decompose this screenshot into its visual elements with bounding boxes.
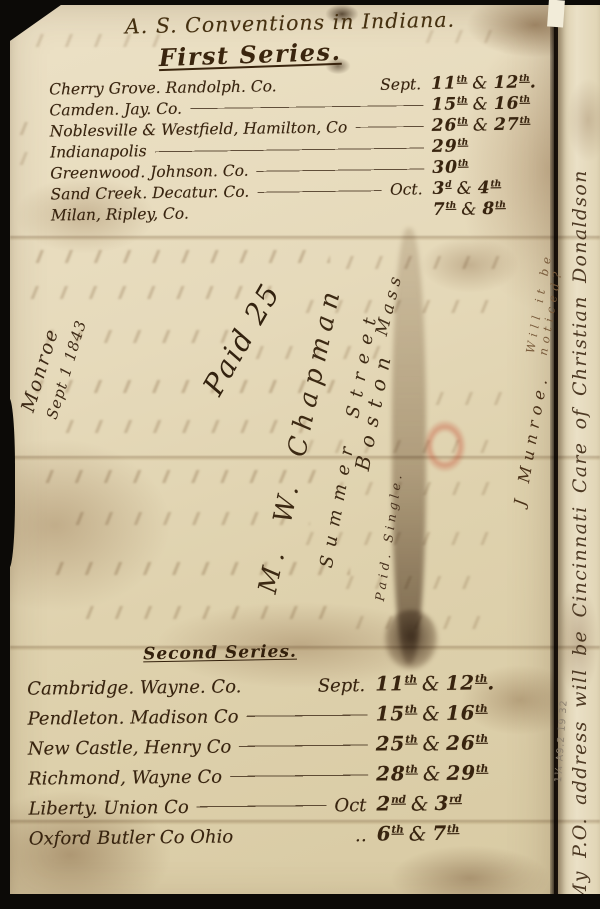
date-ordinal-suffix: th (447, 824, 459, 836)
photo-backdrop-edge (0, 894, 600, 909)
first-series-section: Cherry Grove. Randolph. Co. Sept. 11th&1… (49, 71, 551, 228)
date-day: 12 (445, 671, 475, 695)
place-name: Sand Creek. Decatur. Co. (51, 184, 250, 204)
place-name: Liberty. Union Co (28, 795, 188, 822)
date-day: 2 (376, 792, 391, 816)
date-ordinal-suffix: th (458, 138, 469, 148)
dash-line (256, 159, 424, 177)
date-day: 26 (446, 731, 476, 755)
date-ordinal-suffix: th (519, 95, 530, 105)
date-day: 25 (376, 731, 406, 755)
edge-note: My P.O. address will be Cincinnati Care … (569, 169, 591, 903)
ampersand: & (461, 200, 477, 220)
date-ordinal-suffix: th (495, 201, 506, 211)
date-day: 6 (377, 822, 392, 846)
ampersand: & (422, 672, 441, 695)
ampersand: & (423, 762, 442, 785)
place-name: New Castle, Henry Co (28, 734, 232, 762)
date-ordinal-suffix: th (491, 180, 502, 190)
date-day: 8 (482, 199, 495, 219)
date-day: 16 (446, 701, 476, 725)
ampersand: & (473, 115, 489, 135)
date-ordinal-suffix: th (476, 763, 488, 775)
ampersand: & (473, 94, 489, 114)
ampersand: & (409, 822, 428, 845)
date-ordinal-suffix: th (405, 704, 417, 716)
place-name: Indianapolis (50, 143, 147, 162)
date-ordinal-suffix: th (446, 201, 457, 211)
place-name: Cambridge. Wayne. Co. (27, 674, 241, 702)
date-ordinal-suffix: rd (449, 793, 462, 805)
date-range: 2nd&3rd (376, 787, 526, 818)
dash-line (355, 117, 424, 133)
photo-backdrop-edge (0, 0, 600, 5)
first-series-schedule: Cherry Grove. Randolph. Co. Sept. 11th&1… (49, 71, 551, 226)
place-name: Greenwood. Johnson. Co. (50, 163, 249, 183)
second-series-schedule: Cambridge. Wayne. Co. Sept. 11th&12th. P… (27, 666, 527, 852)
date-day: 11 (375, 671, 405, 695)
date-day: 12 (493, 73, 519, 93)
date-range: 29th (432, 134, 550, 157)
date-ordinal-suffix: d (445, 180, 451, 190)
ampersand: & (411, 792, 430, 815)
place-name: Milan, Ripley, Co. (51, 206, 189, 225)
date-ordinal-suffix: th (520, 116, 531, 126)
dash-line (197, 795, 327, 814)
date-day: 29 (432, 137, 458, 157)
date-day: 28 (376, 762, 406, 786)
month-label: ‥ (355, 823, 367, 849)
date-ordinal-suffix: th (475, 673, 487, 685)
date-ordinal-suffix: nd (391, 794, 406, 806)
torn-corner-shadow (0, 0, 68, 48)
place-name: Richmond, Wayne Co (28, 764, 222, 792)
date-ordinal-suffix: th (457, 96, 468, 106)
date-ordinal-suffix: th (405, 734, 417, 746)
date-ordinal-suffix: th (391, 824, 403, 836)
date-range: 25th&26th (376, 727, 526, 758)
schedule-row: Oxford Butler Co Ohio ‥ 6th&7th (29, 817, 527, 852)
fold-crease (10, 236, 600, 240)
date-range: 28th&29th (376, 757, 526, 788)
punctuation: . (530, 72, 537, 92)
date-day: 29 (446, 761, 476, 785)
date-ordinal-suffix: th (457, 75, 468, 85)
photo-backdrop-edge (0, 398, 15, 568)
date-range: 15th&16th (431, 92, 549, 115)
date-ordinal-suffix: th (476, 733, 488, 745)
date-range: 15th&16th (375, 696, 525, 727)
date-range: 6th&7th (377, 817, 527, 848)
date-range: 11th&12th. (431, 71, 549, 94)
second-series-heading: Second Series. (105, 641, 335, 665)
date-ordinal-suffix: th (475, 703, 487, 715)
date-ordinal-suffix: th (405, 674, 417, 686)
date-ordinal-suffix: th (458, 159, 469, 169)
dash-line (154, 138, 424, 157)
date-day: 7 (432, 821, 447, 845)
date-day: 7 (433, 200, 446, 220)
dash-line (246, 704, 367, 723)
date-day: 15 (375, 701, 405, 725)
punctuation: . (487, 670, 495, 694)
second-series-section: Cambridge. Wayne. Co. Sept. 11th&12th. P… (27, 666, 527, 852)
month-label: Oct. (390, 181, 423, 199)
date-range: 3d&4th (432, 176, 550, 199)
place-name: Cherry Grove. Randolph. Co. (49, 78, 277, 99)
date-range: 26th&27th (432, 113, 550, 136)
date-day: 16 (494, 94, 520, 114)
date-day: 3 (434, 791, 449, 815)
date-range: 7th&8th (433, 197, 551, 220)
date-ordinal-suffix: th (406, 764, 418, 776)
dash-line (239, 734, 368, 753)
date-range: 11th&12th. (375, 666, 525, 697)
date-range: 30th (432, 155, 550, 178)
place-name: Pendleton. Madison Co (27, 704, 238, 732)
date-day: 30 (432, 158, 458, 178)
ampersand: & (422, 702, 441, 725)
month-label: Sept. (380, 76, 421, 94)
manuscript-photo: A. S. Conventions in Indiana. First Seri… (0, 0, 600, 909)
paper-sliver (547, 0, 565, 28)
month-label: Oct (334, 793, 366, 819)
dash-line (230, 764, 368, 783)
dash-line (190, 96, 424, 115)
date-day: 3 (432, 179, 445, 199)
place-name: Oxford Butler Co Ohio (29, 825, 234, 853)
date-day: 15 (431, 95, 457, 115)
date-day: 27 (494, 115, 520, 135)
month-label: Sept. (318, 673, 366, 699)
date-ordinal-suffix: th (457, 117, 468, 127)
place-name: Camden. Jay. Co. (49, 100, 182, 119)
dash-line (257, 181, 382, 198)
date-day: 26 (432, 116, 458, 136)
ampersand: & (456, 179, 472, 199)
date-day: 4 (478, 178, 491, 198)
date-day: 11 (431, 73, 457, 93)
ampersand: & (472, 73, 488, 93)
ampersand: & (422, 732, 441, 755)
date-ordinal-suffix: th (519, 74, 530, 84)
